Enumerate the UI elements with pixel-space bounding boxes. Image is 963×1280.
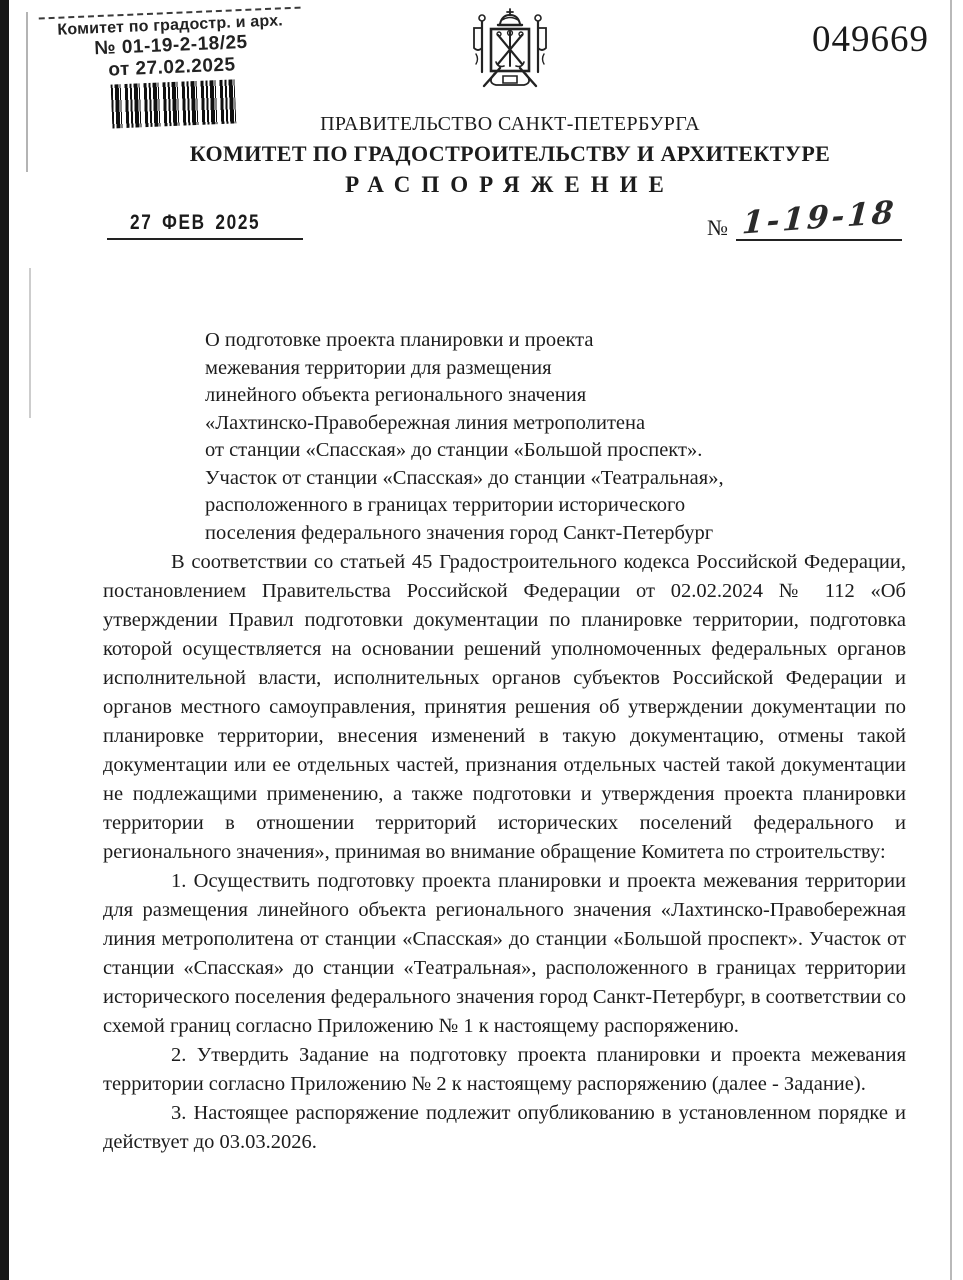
title-line: от станции «Спасская» до станции «Большо…: [205, 437, 845, 465]
committee-line: КОМИТЕТ ПО ГРАДОСТРОИТЕЛЬСТВУ И АРХИТЕКТ…: [60, 141, 960, 167]
government-line: ПРАВИТЕЛЬСТВО САНКТ-ПЕТЕРБУРГА: [60, 113, 960, 136]
title-line: межевания территории для размещения: [205, 355, 845, 383]
date-underline: [107, 238, 303, 240]
paragraph-intro: В соответствии со статьей 45 Градостроит…: [103, 548, 906, 867]
paragraph-item-1: 1. Осуществить подготовку проекта планир…: [103, 867, 906, 1041]
scan-edge-left: [0, 0, 9, 1280]
title-line: Участок от станции «Спасская» до станции…: [205, 465, 845, 493]
scanned-document-page: { "colors": { "ink": "#1c1c1c", "page": …: [0, 0, 963, 1280]
title-line: расположенного в границах территории ист…: [205, 492, 845, 520]
number-underline: [736, 239, 902, 241]
st-petersburg-coat-of-arms-icon: [452, 4, 568, 100]
title-line: «Лахтинско-Правобережная линия метрополи…: [205, 410, 845, 438]
handwritten-document-number: 1-19-18: [741, 194, 898, 241]
document-serial-number: 049669: [812, 18, 929, 61]
document-header: ПРАВИТЕЛЬСТВО САНКТ-ПЕТЕРБУРГА КОМИТЕТ П…: [60, 113, 960, 198]
doc-type-line: РАСПОРЯЖЕНИЕ: [60, 172, 960, 198]
scan-streak: [29, 268, 31, 418]
paragraph-item-3: 3. Настоящее распоряжение подлежит опубл…: [103, 1099, 906, 1157]
document-body: В соответствии со статьей 45 Градостроит…: [103, 548, 906, 1157]
paragraph-item-2: 2. Утвердить Задание на подготовку проек…: [103, 1041, 906, 1099]
title-line: линейного объекта регионального значения: [205, 382, 845, 410]
scan-streak: [26, 12, 28, 172]
title-line: О подготовке проекта планировки и проект…: [205, 327, 845, 355]
number-sign-label: №: [707, 215, 728, 241]
date-stamp: 27 ФЕВ 2025: [130, 211, 260, 235]
title-line: поселения федерального значения город Са…: [205, 520, 845, 548]
document-title: О подготовке проекта планировки и проект…: [205, 327, 845, 547]
